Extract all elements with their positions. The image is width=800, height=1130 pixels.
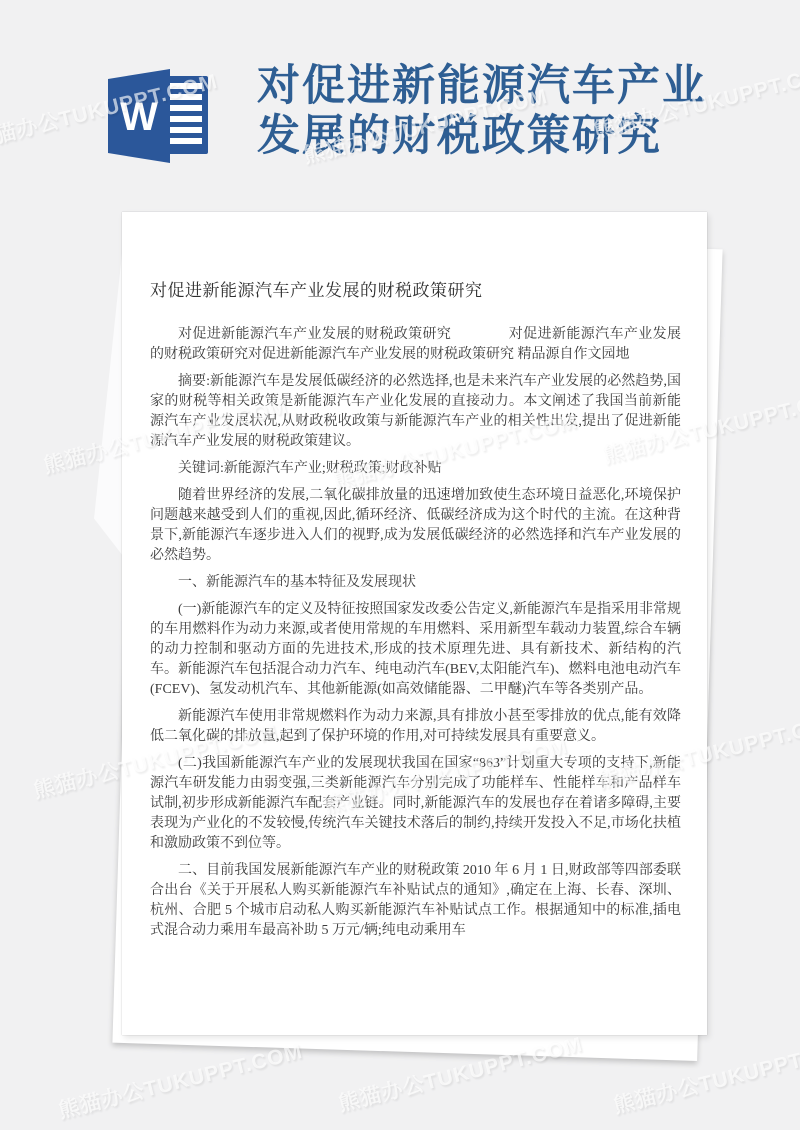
paragraph: 关键词:新能源汽车产业;财税政策;财政补贴 bbox=[150, 459, 681, 479]
header: W 对促进新能源汽车产业 发展的财税政策研究 bbox=[0, 0, 800, 212]
paragraph: 摘要:新能源汽车是发展低碳经济的必然选择,也是未来汽车产业发展的必然趋势,国家的… bbox=[150, 372, 681, 452]
paragraph-heading: 二、目前我国发展新能源汽车产业的财税政策 2010 年 6 月 1 日,财政部等… bbox=[150, 861, 681, 941]
word-icon-letter: W bbox=[120, 95, 158, 139]
page-title-line2: 发展的财税政策研究 bbox=[257, 112, 727, 162]
paragraph: 随着世界经济的发展,二氧化碳排放量的迅速增加致使生态环境日益恶化,环境保护问题越… bbox=[150, 486, 681, 566]
word-icon-graphic: W bbox=[108, 68, 212, 164]
document-page: 对促进新能源汽车产业发展的财税政策研究 对促进新能源汽车产业发展的财税政策研究 … bbox=[122, 212, 707, 1035]
paragraph: 对促进新能源汽车产业发展的财税政策研究 对促进新能源汽车产业发展的财税政策研究对… bbox=[150, 325, 681, 365]
watermark-text: 熊猫办公TUKUPPT.COM bbox=[55, 1035, 305, 1125]
page-title-line1: 对促进新能源汽车产业 bbox=[257, 62, 727, 112]
page-title: 对促进新能源汽车产业 发展的财税政策研究 bbox=[257, 62, 727, 162]
paragraph: 新能源汽车使用非常规燃料作为动力来源,具有排放小甚至零排放的优点,能有效降低二氧… bbox=[150, 707, 681, 747]
paragraph-heading: 一、新能源汽车的基本特征及发展现状 bbox=[150, 573, 681, 593]
paragraph: (二)我国新能源汽车产业的发展现状我国在国家“863”计划重大专项的支持下,新能… bbox=[150, 754, 681, 854]
document-title: 对促进新能源汽车产业发展的财税政策研究 bbox=[150, 276, 681, 301]
word-icon: W bbox=[108, 68, 212, 164]
page: W 对促进新能源汽车产业 发展的财税政策研究 对促进新能源汽车产业发展的财税政策… bbox=[0, 0, 800, 1130]
document-body: 对促进新能源汽车产业发展的财税政策研究 对促进新能源汽车产业发展的财税政策研究对… bbox=[150, 325, 681, 941]
paragraph: (一)新能源汽车的定义及特征按照国家发改委公告定义,新能源汽车是指采用非常规的车… bbox=[150, 600, 681, 700]
paper-sheet-corner bbox=[94, 244, 123, 556]
